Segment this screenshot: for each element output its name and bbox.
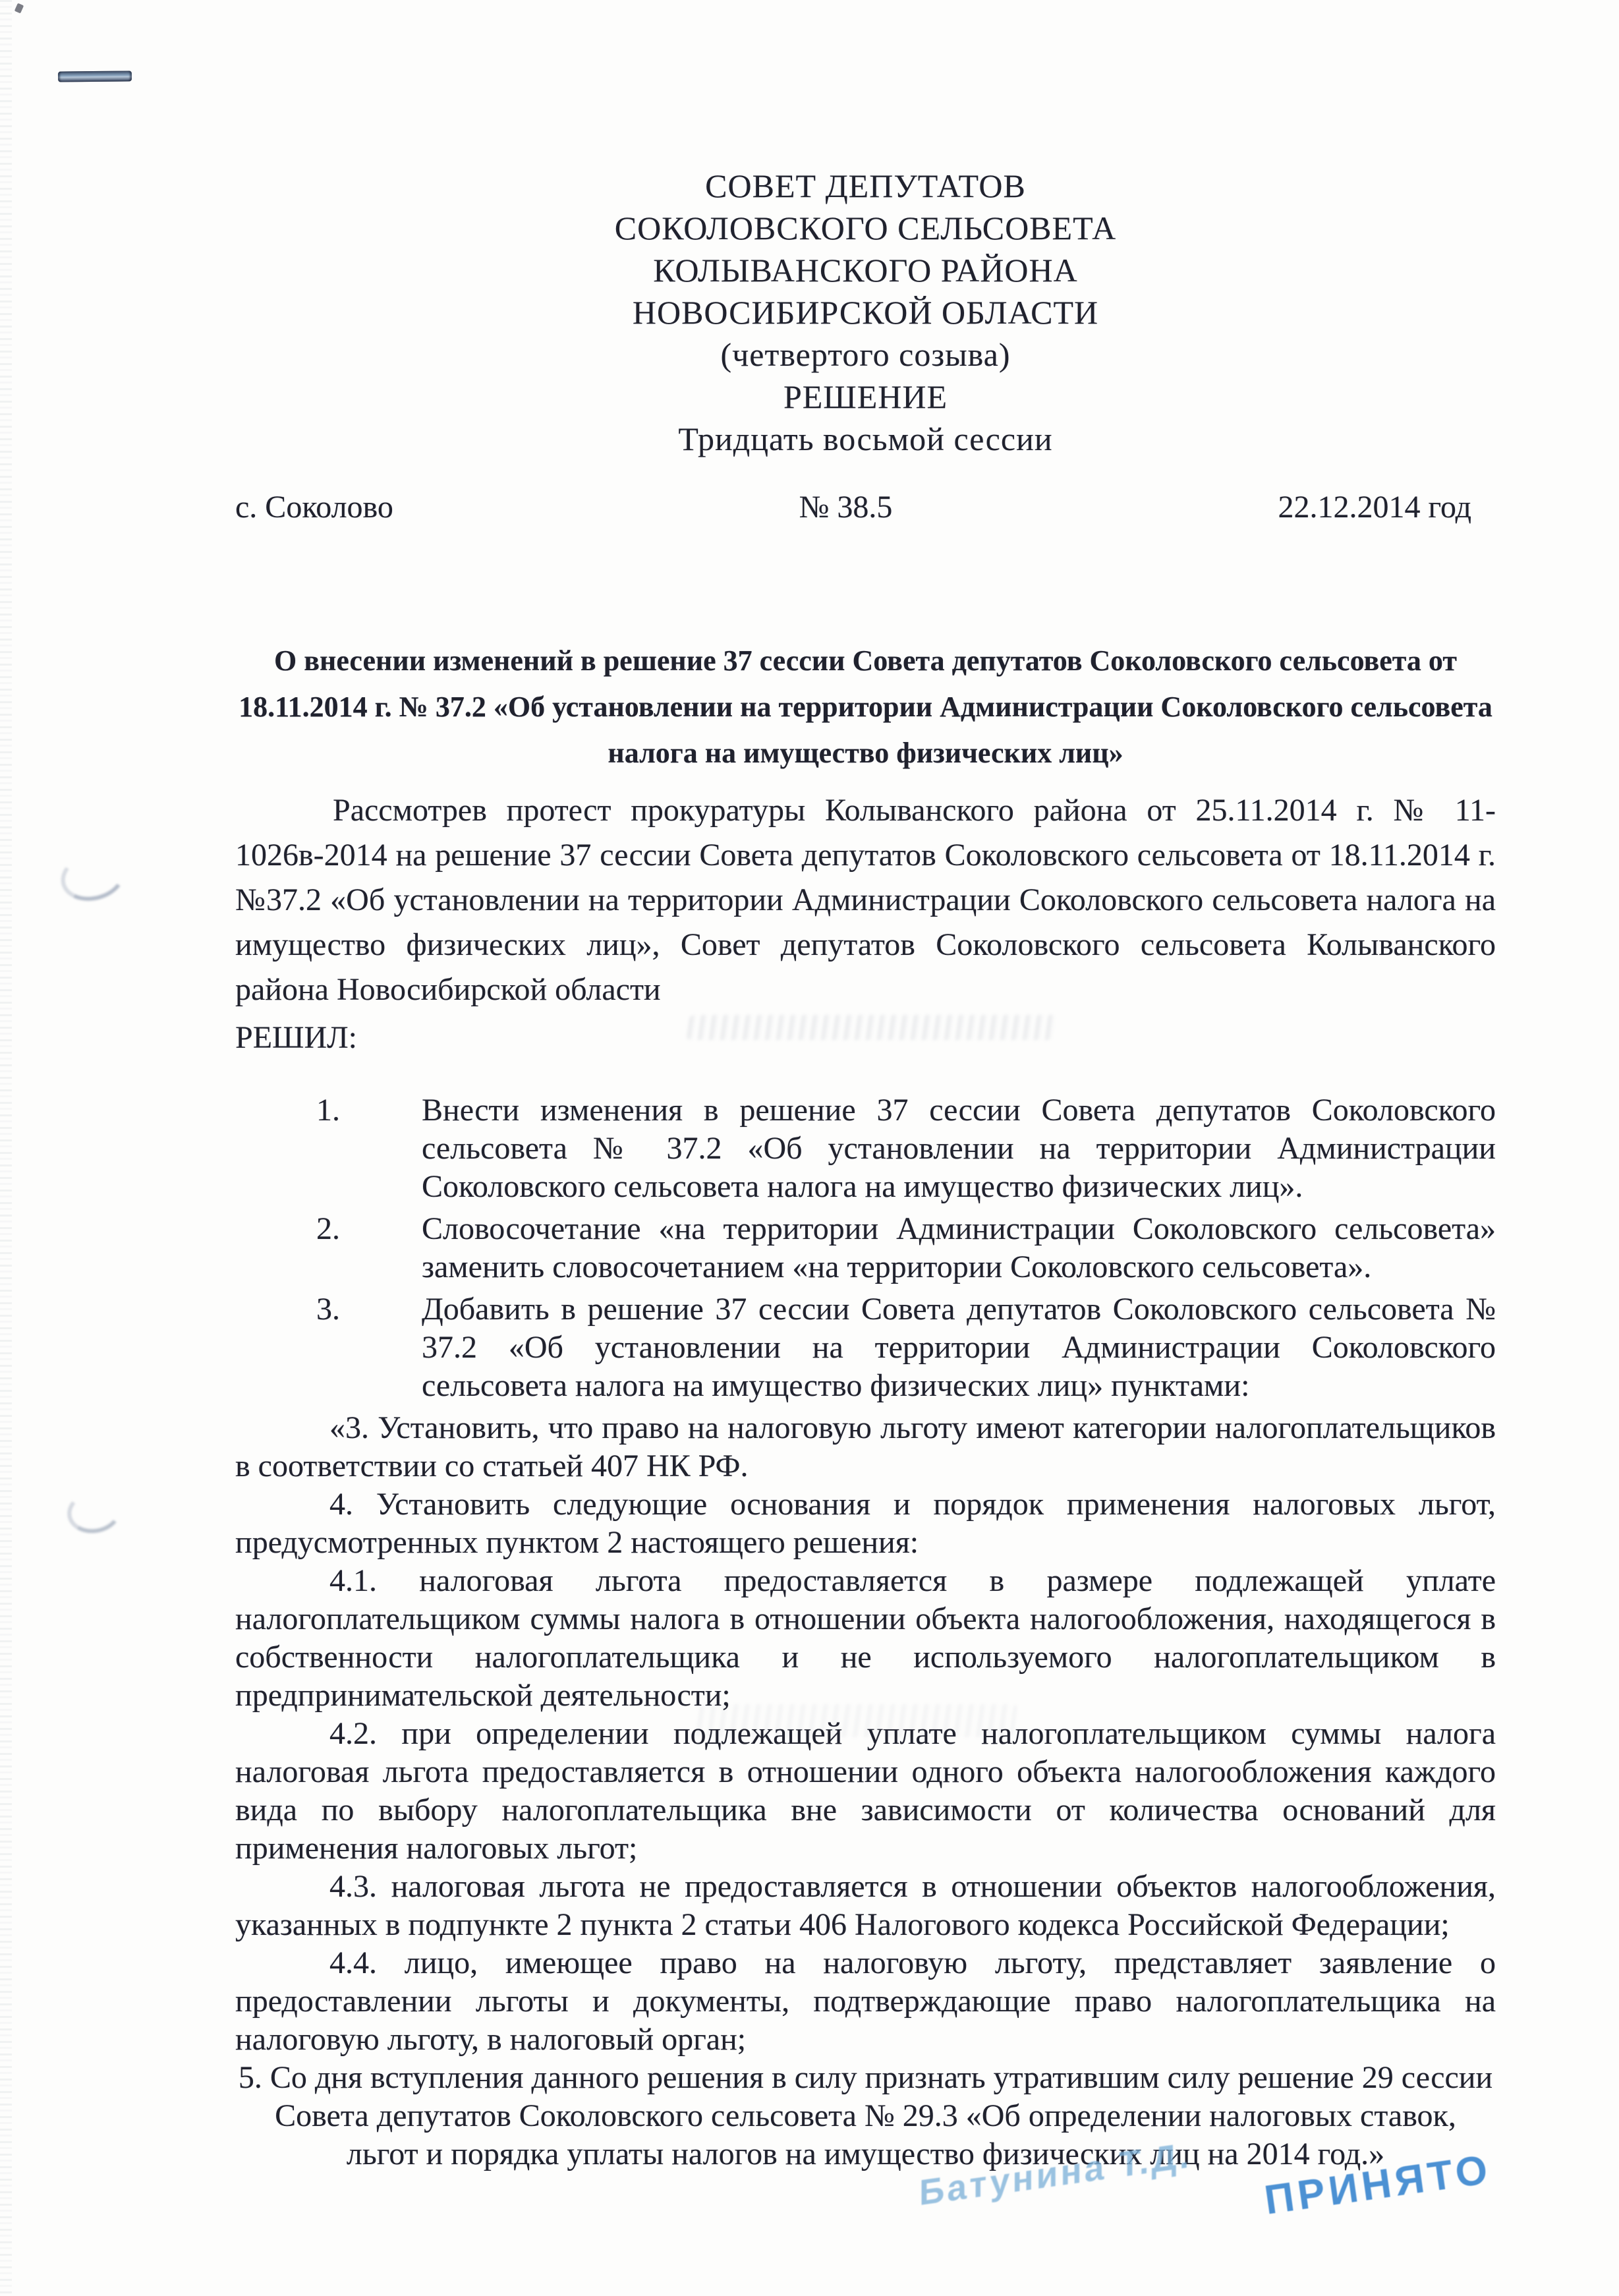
preamble-paragraph: Рассмотрев протест прокуратуры Колыванск… [235,788,1496,1012]
session-line: Тридцать восьмой сессии [235,418,1496,460]
place-label: с. Соколово [235,488,819,527]
scanned-document-page: СОВЕТ ДЕПУТАТОВ СОКОЛОВСКОГО СЕЛЬСОВЕТА … [0,0,1619,2296]
pencil-arc-mark [56,846,130,907]
pencil-arc-mark [64,1486,125,1537]
org-line-district: КОЛЫВАНСКОГО РАЙОНА [235,249,1496,291]
pen-dash-artifact [58,71,132,82]
document-body: СОВЕТ ДЕПУТАТОВ СОКОЛОВСКОГО СЕЛЬСОВЕТА … [235,0,1496,2173]
clause-paragraph: «3. Установить, что право на налоговую л… [235,1409,1496,1485]
decision-number-label: № 38.5 [799,488,893,527]
clause-paragraph: 4.2. при определении подлежащей уплате н… [235,1715,1496,1868]
item-number: 3. [316,1290,340,1329]
clause-paragraph: 4. Установить следующие основания и поря… [235,1485,1496,1562]
letterhead: СОВЕТ ДЕПУТАТОВ СОКОЛОВСКОГО СЕЛЬСОВЕТА … [235,0,1496,460]
list-item: 1.Внести изменения в решение 37 сессии С… [235,1091,1496,1206]
convocation-line: (четвертого созыва) [235,333,1496,376]
subject-title: О внесении изменений в решение 37 сессии… [235,638,1496,776]
org-line-council: СОВЕТ ДЕПУТАТОВ [235,165,1496,207]
org-line-region: НОВОСИБИРСКОЙ ОБЛАСТИ [235,291,1496,333]
ink-speck-artifact [14,3,24,14]
item-number: 2. [316,1210,340,1248]
item-text: Внести изменения в решение 37 сессии Сов… [422,1093,1496,1204]
list-item: 2.Словосочетание «на территории Админист… [235,1210,1496,1286]
resolved-label: РЕШИЛ: [235,1019,1496,1057]
meta-row: с. Соколово № 38.5 22.12.2014 год [235,488,1496,527]
scanner-streaks-artifact [0,0,12,2296]
clause-paragraph: 4.4. лицо, имеющее право на налоговую ль… [235,1944,1496,2059]
item-text: Словосочетание «на территории Администра… [422,1211,1496,1284]
item-number: 1. [316,1091,340,1130]
clause-paragraph: 4.1. налоговая льгота предоставляется в … [235,1562,1496,1715]
resolution-list: 1.Внести изменения в решение 37 сессии С… [235,1091,1496,1405]
org-line-selsovet: СОКОЛОВСКОГО СЕЛЬСОВЕТА [235,207,1496,249]
item-text: Добавить в решение 37 сессии Совета депу… [422,1292,1496,1403]
date-label: 22.12.2014 год [912,488,1496,527]
list-item: 3.Добавить в решение 37 сессии Совета де… [235,1290,1496,1405]
final-clause: 5. Со дня вступления данного решения в с… [235,2059,1496,2173]
doc-type-line: РЕШЕНИЕ [235,376,1496,418]
clause-paragraph: 4.3. налоговая льгота не предоставляется… [235,1868,1496,1944]
